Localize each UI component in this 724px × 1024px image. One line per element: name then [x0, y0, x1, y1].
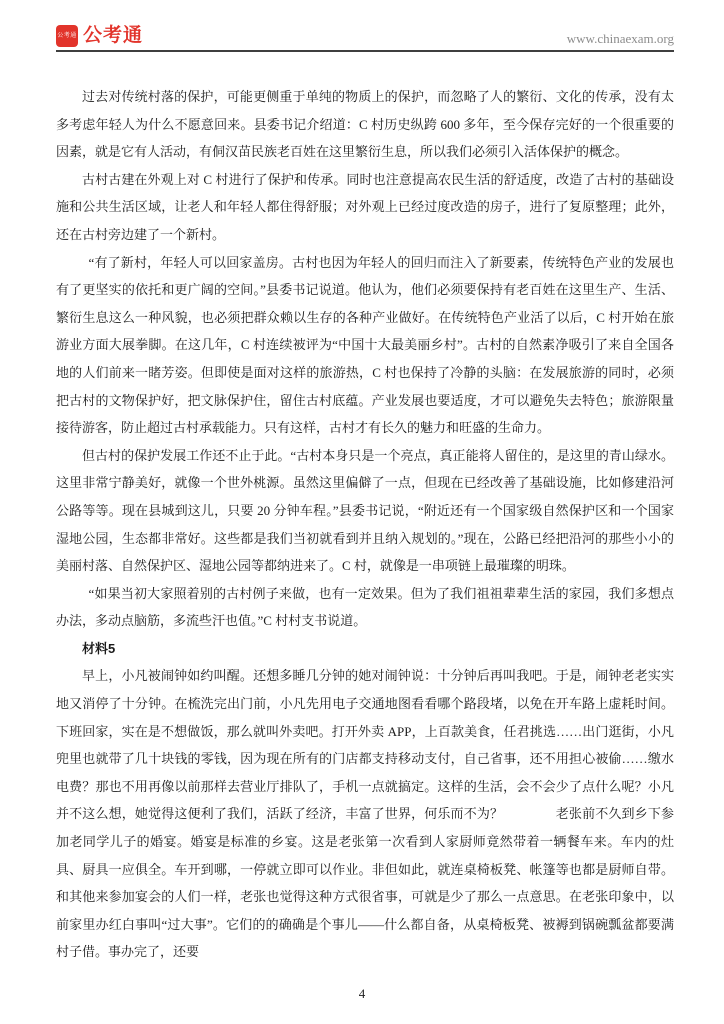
page-number: 4 [0, 986, 724, 1002]
document-body: 过去对传统村落的保护，可能更侧重于单纯的物质上的保护，而忽略了人的繁衍、文化的传… [56, 83, 674, 966]
paragraph: “如果当初大家照着别的古村例子来做，也有一定效果。但为了我们祖祖辈辈生活的家园，… [56, 580, 674, 635]
paragraph: 过去对传统村落的保护，可能更侧重于单纯的物质上的保护，而忽略了人的繁衍、文化的传… [56, 83, 674, 166]
paragraph: 古村古建在外观上对 C 村进行了保护和传承。同时也注意提高农民生活的舒适度，改造… [56, 166, 674, 249]
logo-badge-icon: 公考通 [56, 25, 78, 47]
document-page: 公考通 公考通 www.chinaexam.org 过去对传统村落的保护，可能更… [0, 0, 724, 1024]
page-header: 公考通 公考通 www.chinaexam.org [56, 25, 674, 52]
paragraph: 但古村的保护发展工作还不止于此。“古村本身只是一个亮点，真正能将人留住的，是这里… [56, 442, 674, 580]
logo-text: 公考通 [83, 26, 143, 46]
site-logo: 公考通 公考通 [56, 25, 143, 47]
site-url-link[interactable]: www.chinaexam.org [567, 32, 674, 47]
paragraph: 早上，小凡被闹钟如约叫醒。还想多睡几分钟的她对闹钟说：十分钟后再叫我吧。于是，闹… [56, 662, 674, 966]
paragraph: “有了新村，年轻人可以回家盖房。古村也因为年轻人的回归而注入了新要素，传统特色产… [56, 249, 674, 442]
section-heading-material-5: 材料5 [56, 635, 674, 663]
